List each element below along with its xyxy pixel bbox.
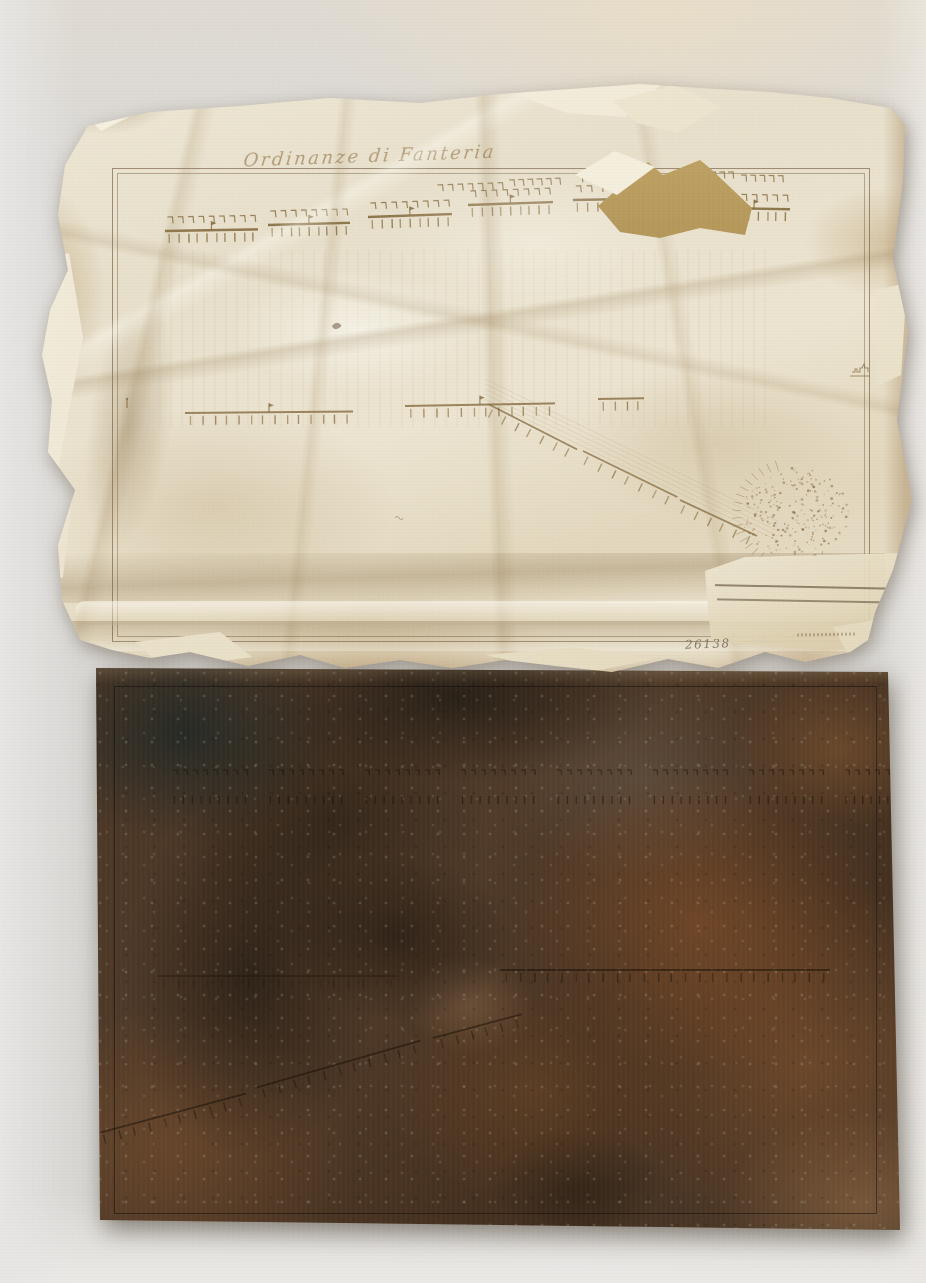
plate-engraving [88, 664, 903, 1234]
plate-diagonal-formation [255, 1041, 424, 1100]
copper-plate [88, 664, 903, 1234]
plate-surface [88, 664, 903, 1234]
plate-mark-row [173, 770, 890, 775]
plate-diagonal-formation [433, 1014, 525, 1049]
photograph: Ordinanze di Fanteria 26138 [0, 0, 926, 1283]
plate-diagonal-formation [88, 1093, 249, 1149]
plate-column-formation [500, 970, 830, 982]
plate-column-formation [158, 976, 398, 988]
inventory-number: 26138 [685, 636, 731, 652]
plate-mark-row [174, 796, 887, 804]
paper-sheet: Ordinanze di Fanteria 26138 [15, 55, 915, 680]
paper-print: Ordinanze di Fanteria 26138 [15, 55, 915, 680]
